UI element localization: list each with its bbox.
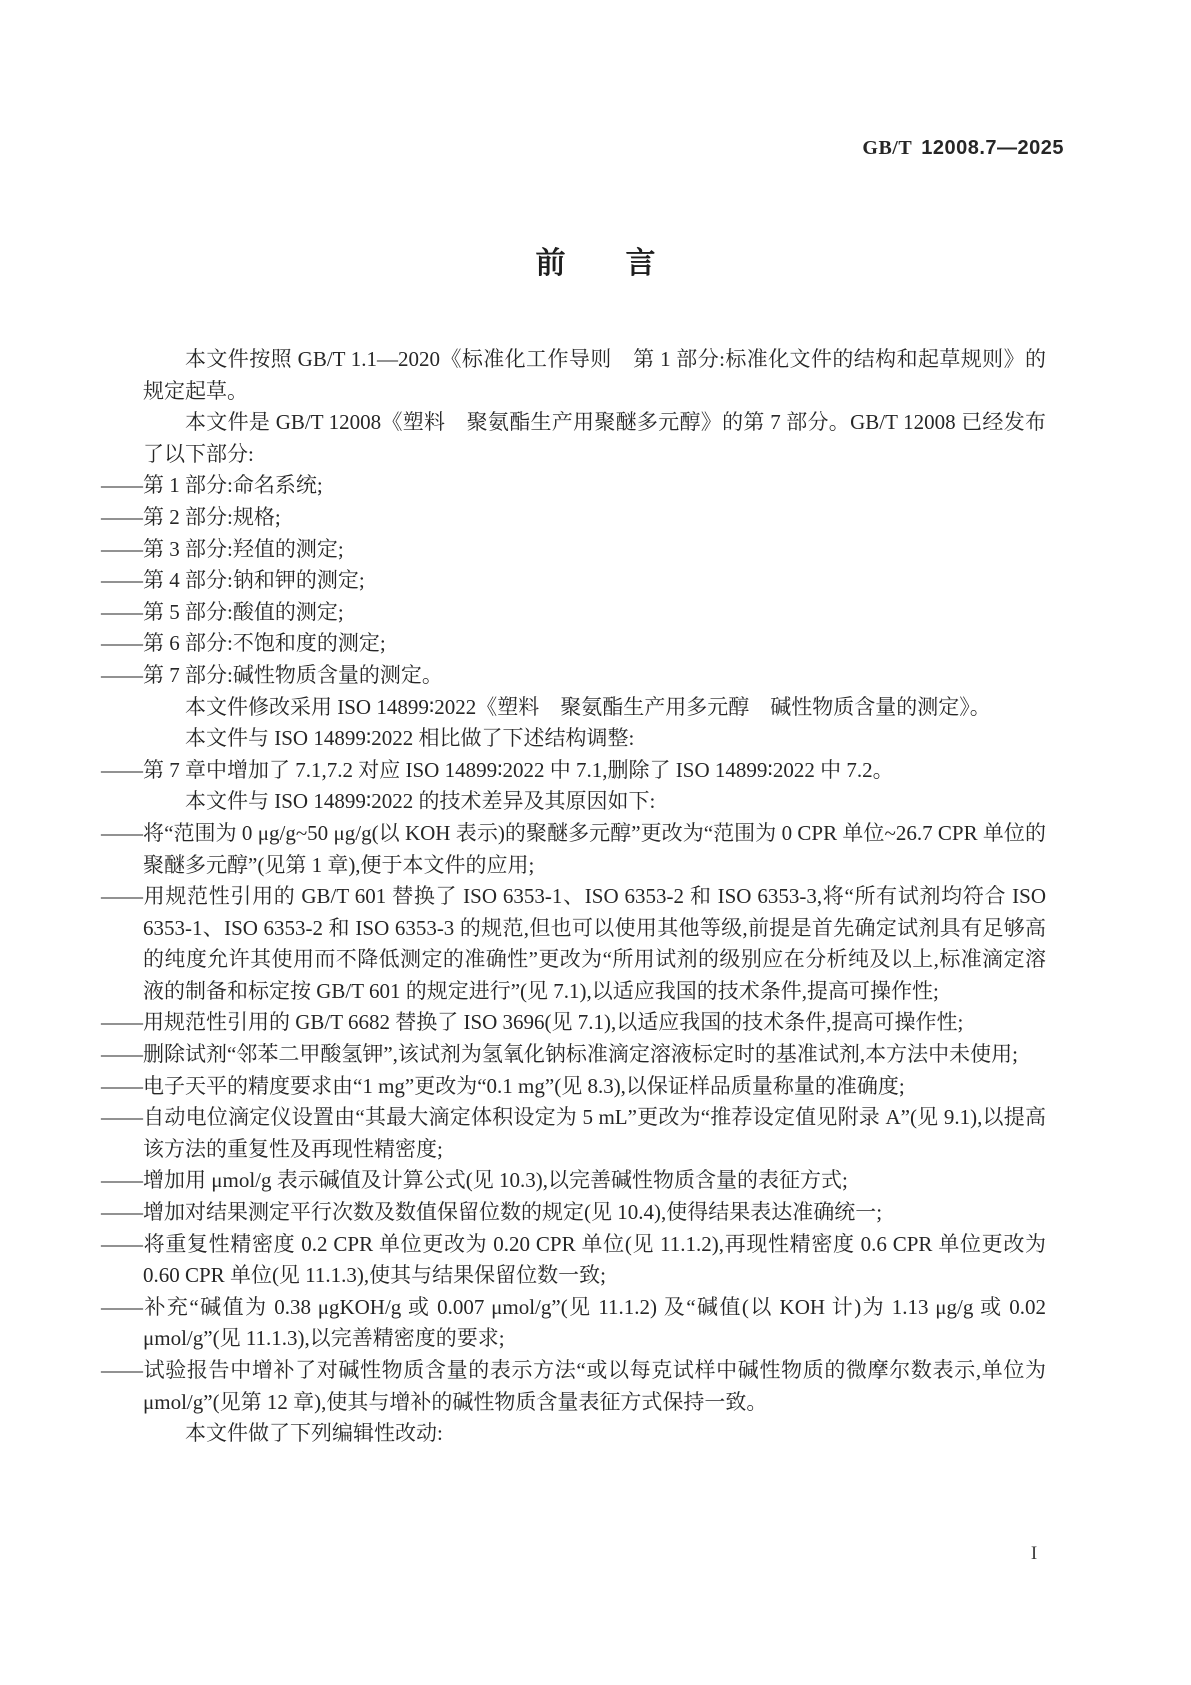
foreword-paragraph: 本文件修改采用 ISO 14899∶2022《塑料 聚氨酯生产用多元醇 碱性物质… <box>143 692 1046 724</box>
foreword-list-item: ——增加对结果测定平行次数及数值保留位数的规定(见 10.4),使得结果表达准确… <box>143 1197 1046 1229</box>
foreword-paragraph: 本文件是 GB/T 12008《塑料 聚氨酯生产用聚醚多元醇》的第 7 部分。G… <box>143 407 1046 470</box>
foreword-list-item: ——将重复性精密度 0.2 CPR 单位更改为 0.20 CPR 单位(见 11… <box>143 1229 1046 1292</box>
foreword-list-item: ——电子天平的精度要求由“1 mg”更改为“0.1 mg”(见 8.3),以保证… <box>143 1071 1046 1103</box>
standard-code-number: 12008.7—2025 <box>921 137 1064 159</box>
page-number: I <box>1020 1543 1048 1565</box>
foreword-list-item: ——第 7 章中增加了 7.1,7.2 对应 ISO 14899∶2022 中 … <box>143 755 1046 787</box>
page-title: 前 言 <box>0 238 1191 282</box>
foreword-list-item: ——将“范围为 0 μg/g~50 μg/g(以 KOH 表示)的聚醚多元醇”更… <box>143 818 1046 881</box>
foreword-list-item: ——第 3 部分:羟值的测定; <box>143 534 1046 566</box>
foreword-paragraph: 本文件做了下列编辑性改动: <box>143 1418 1046 1450</box>
foreword-list-item: ——第 2 部分:规格; <box>143 502 1046 534</box>
foreword-list-item: ——删除试剂“邻苯二甲酸氢钾”,该试剂为氢氧化钠标准滴定溶液标定时的基准试剂,本… <box>143 1039 1046 1071</box>
foreword-list-item: ——第 6 部分:不饱和度的测定; <box>143 628 1046 660</box>
foreword-list-item: ——用规范性引用的 GB/T 601 替换了 ISO 6353-1、ISO 63… <box>143 881 1046 1007</box>
foreword-list-item: ——第 7 部分:碱性物质含量的测定。 <box>143 660 1046 692</box>
foreword-paragraph: 本文件按照 GB/T 1.1—2020《标准化工作导则 第 1 部分:标准化文件… <box>143 344 1046 407</box>
foreword-list-item: ——试验报告中增补了对碱性物质含量的表示方法“或以每克试样中碱性物质的微摩尔数表… <box>143 1355 1046 1418</box>
foreword-list-item: ——补充“碱值为 0.38 μgKOH/g 或 0.007 μmol/g”(见 … <box>143 1292 1046 1355</box>
document-page: GB/T12008.7—2025 前 言 本文件按照 GB/T 1.1—2020… <box>0 0 1191 1685</box>
foreword-list-item: ——用规范性引用的 GB/T 6682 替换了 ISO 3696(见 7.1),… <box>143 1007 1046 1039</box>
foreword-list-item: ——第 1 部分:命名系统; <box>143 470 1046 502</box>
foreword-list-item: ——增加用 μmol/g 表示碱值及计算公式(见 10.3),以完善碱性物质含量… <box>143 1165 1046 1197</box>
foreword-list-item: ——第 5 部分:酸值的测定; <box>143 597 1046 629</box>
foreword-list-item: ——第 4 部分:钠和钾的测定; <box>143 565 1046 597</box>
standard-code: GB/T12008.7—2025 <box>862 137 1064 160</box>
foreword-paragraph: 本文件与 ISO 14899∶2022 相比做了下述结构调整: <box>143 723 1046 755</box>
foreword-paragraph: 本文件与 ISO 14899∶2022 的技术差异及其原因如下: <box>143 786 1046 818</box>
standard-code-prefix: GB/T <box>862 137 912 159</box>
foreword-list-item: ——自动电位滴定仪设置由“其最大滴定体积设定为 5 mL”更改为“推荐设定值见附… <box>143 1102 1046 1165</box>
foreword-body: 本文件按照 GB/T 1.1—2020《标准化工作导则 第 1 部分:标准化文件… <box>143 344 1046 1450</box>
